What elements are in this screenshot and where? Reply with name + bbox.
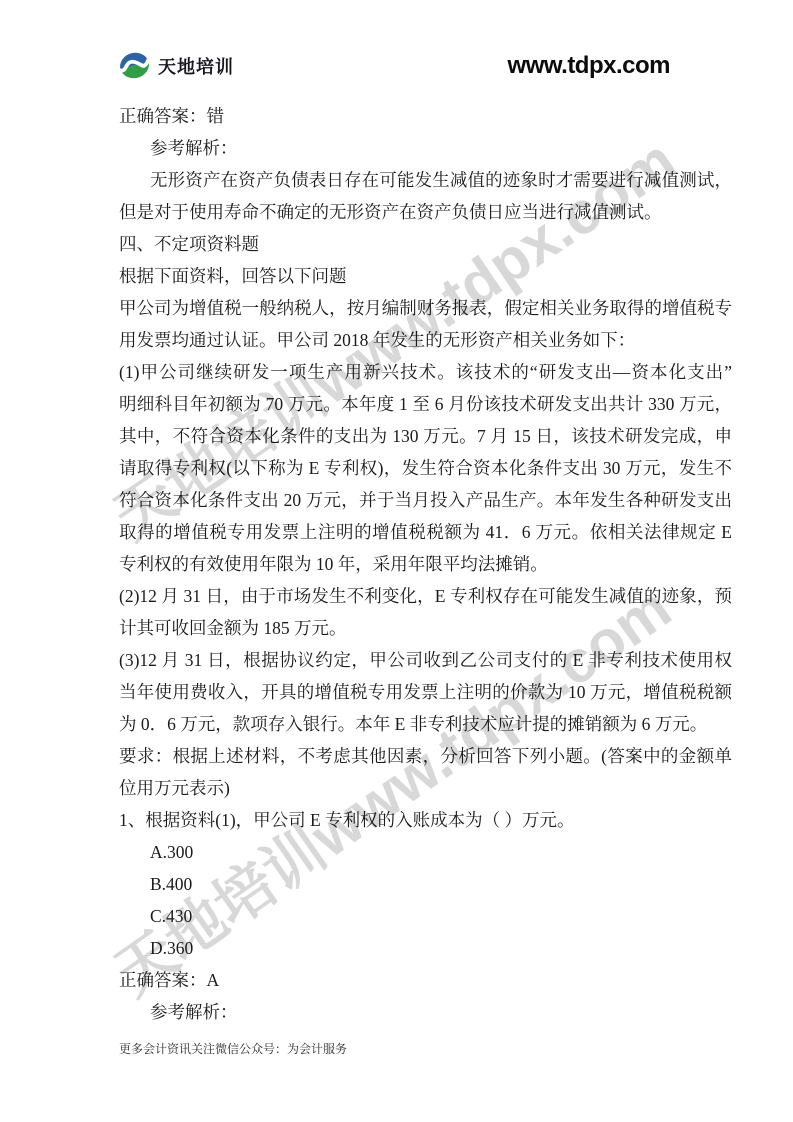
logo-swirl-icon [118, 51, 151, 80]
requirement-line-2: 位用万元表示) [119, 772, 732, 804]
option-d: D.360 [119, 932, 732, 964]
section-heading: 四、不定项资料题 [119, 228, 732, 260]
option-b: B.400 [119, 868, 732, 900]
intro-line-2: 用发票均通过认证。甲公司 2018 年发生的无形资产相关业务如下： [119, 324, 732, 356]
material-1-line-3: 其中，不符合资本化条件的支出为 130 万元。7 月 15 日，该技术研发完成，… [119, 420, 732, 452]
analysis-text-line-2: 但是对于使用寿命不确定的无形资产在资产负债日应当进行减值测试。 [119, 196, 732, 228]
analysis-label-2: 参考解析： [119, 996, 732, 1028]
requirement-line-1: 要求：根据上述材料，不考虑其他因素，分析回答下列小题。(答案中的金额单 [119, 740, 732, 772]
material-1-line-6: 取得的增值税专用发票上注明的增值税税额为 41．6 万元。依相关法律规定 E [119, 516, 732, 548]
material-1-line-7: 专利权的有效使用年限为 10 年，采用年限平均法摊销。 [119, 548, 732, 580]
option-c: C.430 [119, 900, 732, 932]
analysis-label-1: 参考解析： [119, 132, 732, 164]
footer-note: 更多会计资讯关注微信公众号：为会计服务 [119, 1040, 347, 1057]
instruction-line: 根据下面资料，回答以下问题 [119, 260, 732, 292]
option-a: A.300 [119, 836, 732, 868]
document-body: 正确答案：错 参考解析： 无形资产在资产负债表日存在可能发生减值的迹象时才需要进… [119, 100, 732, 1028]
material-3-line-2: 当年使用费收入，开具的增值税专用发票上注明的价款为 10 万元，增值税税额 [119, 676, 732, 708]
site-url: www.tdpx.com [508, 52, 670, 80]
intro-line-1: 甲公司为增值税一般纳税人，按月编制财务报表，假定相关业务取得的增值税专 [119, 292, 732, 324]
logo: 天地培训 [118, 51, 234, 80]
material-1-line-5: 符合资本化条件支出 20 万元，并于当月投入产品生产。本年发生各种研发支出 [119, 484, 732, 516]
question-1: 1、根据资料(1)，甲公司 E 专利权的入账成本为（ ）万元。 [119, 804, 732, 836]
answer-line-true-false: 正确答案：错 [119, 100, 732, 132]
answer-line-q1: 正确答案：A [119, 964, 732, 996]
material-1-line-4: 请取得专利权(以下称为 E 专利权)，发生符合资本化条件支出 30 万元，发生不 [119, 452, 732, 484]
material-1-line-1: (1)甲公司继续研发一项生产用新兴技术。该技术的“研发支出—资本化支出” [119, 356, 732, 388]
analysis-text-line-1: 无形资产在资产负债表日存在可能发生减值的迹象时才需要进行减值测试， [119, 164, 732, 196]
material-1-line-2: 明细科目年初额为 70 万元。本年度 1 至 6 月份该技术研发支出共计 330… [119, 388, 732, 420]
material-3-line-1: (3)12 月 31 日，根据协议约定，甲公司收到乙公司支付的 E 非专利技术使… [119, 644, 732, 676]
material-3-line-3: 为 0．6 万元，款项存入银行。本年 E 非专利技术应计提的摊销额为 6 万元。 [119, 708, 732, 740]
material-2-line-2: 计其可收回金额为 185 万元。 [119, 612, 732, 644]
material-2-line-1: (2)12 月 31 日，由于市场发生不利变化，E 专利权存在可能发生减值的迹象… [119, 580, 732, 612]
logo-text: 天地培训 [158, 53, 234, 79]
document-page: 天地培训www.tdpx.com 天地培训www.tdpx.com 天地培训 w… [0, 0, 793, 1122]
